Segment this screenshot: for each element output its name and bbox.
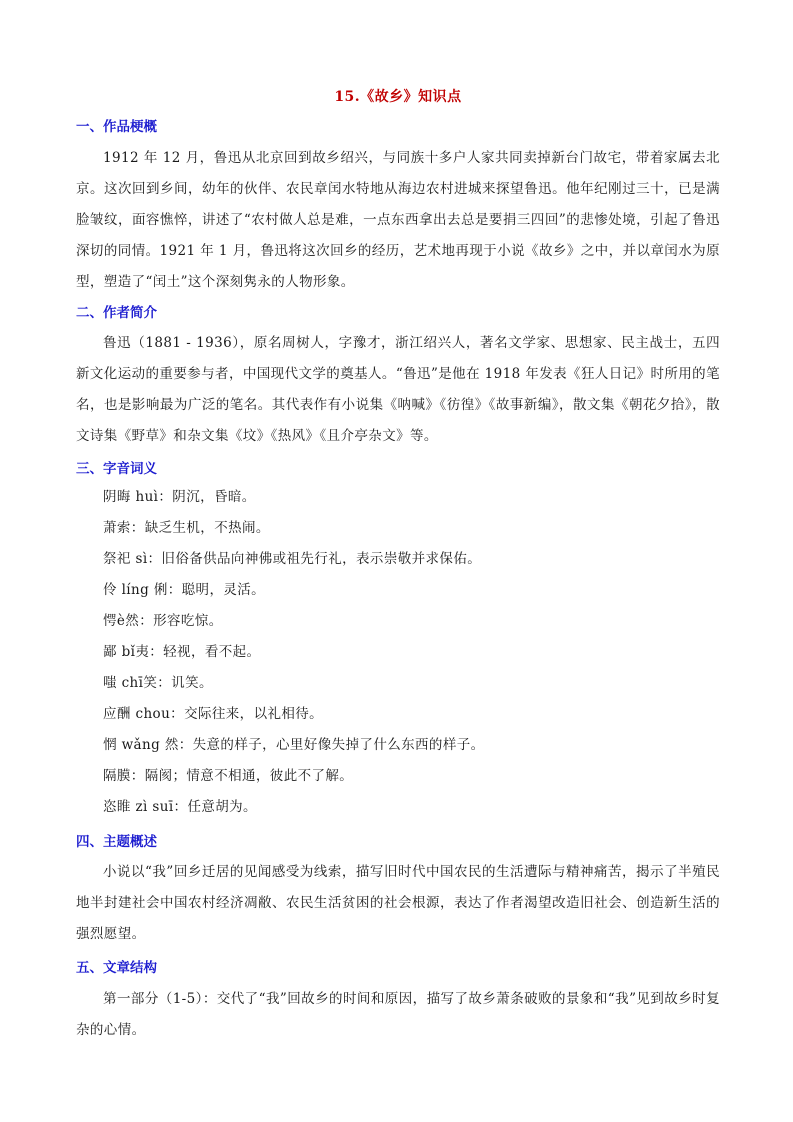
vocab-item: 阴晦 huì：阴沉，昏暗。 xyxy=(103,487,256,507)
vocab-item: 祭祀 sì：旧俗备供品向神佛或祖先行礼，表示崇敬并求保佑。 xyxy=(103,549,481,569)
vocab-item: 萧索：缺乏生机，不热闹。 xyxy=(103,518,270,538)
vocab-item: 嗤 chī笑：讥笑。 xyxy=(103,673,213,693)
structure-paragraph: 第一部分（1-5）：交代了“我”回故乡的时间和原因，描写了故乡萧条破败的景象和“… xyxy=(76,984,720,1046)
theme-paragraph: 小说以“我”回乡迁居的见闻感受为线索，描写旧时代中国农民的生活遭际与精神痛苦，揭… xyxy=(76,857,720,950)
document-title: 15.《故乡》知识点 xyxy=(76,86,720,106)
section-heading-theme: 四、主题概述 xyxy=(76,830,157,850)
vocab-item: 鄙 bǐ夷：轻视，看不起。 xyxy=(103,642,260,662)
vocab-item: 恣睢 zì suī：任意胡为。 xyxy=(103,797,257,817)
section-heading-synopsis: 一、作品梗概 xyxy=(76,115,157,135)
vocab-item: 隔膜：隔阂；情意不相通，彼此不了解。 xyxy=(103,766,353,786)
section-heading-author: 二、作者简介 xyxy=(76,301,157,321)
section-heading-vocabulary: 三、字音词义 xyxy=(76,457,157,477)
vocab-item: 伶 líng 俐：聪明，灵活。 xyxy=(103,580,265,600)
synopsis-paragraph: 1912 年 12 月，鲁迅从北京回到故乡绍兴，与同族十多户人家共同卖掉新台门故… xyxy=(76,143,720,298)
vocab-item: 惘 wǎng 然：失意的样子，心里好像失掉了什么东西的样子。 xyxy=(103,735,485,755)
author-paragraph: 鲁迅（1881 - 1936），原名周树人，字豫才，浙江绍兴人，著名文学家、思想… xyxy=(76,328,720,452)
section-heading-structure: 五、文章结构 xyxy=(76,956,157,976)
vocab-item: 愕è然：形容吃惊。 xyxy=(103,611,223,631)
vocab-item: 应酬 chou：交际往来，以礼相待。 xyxy=(103,704,323,724)
